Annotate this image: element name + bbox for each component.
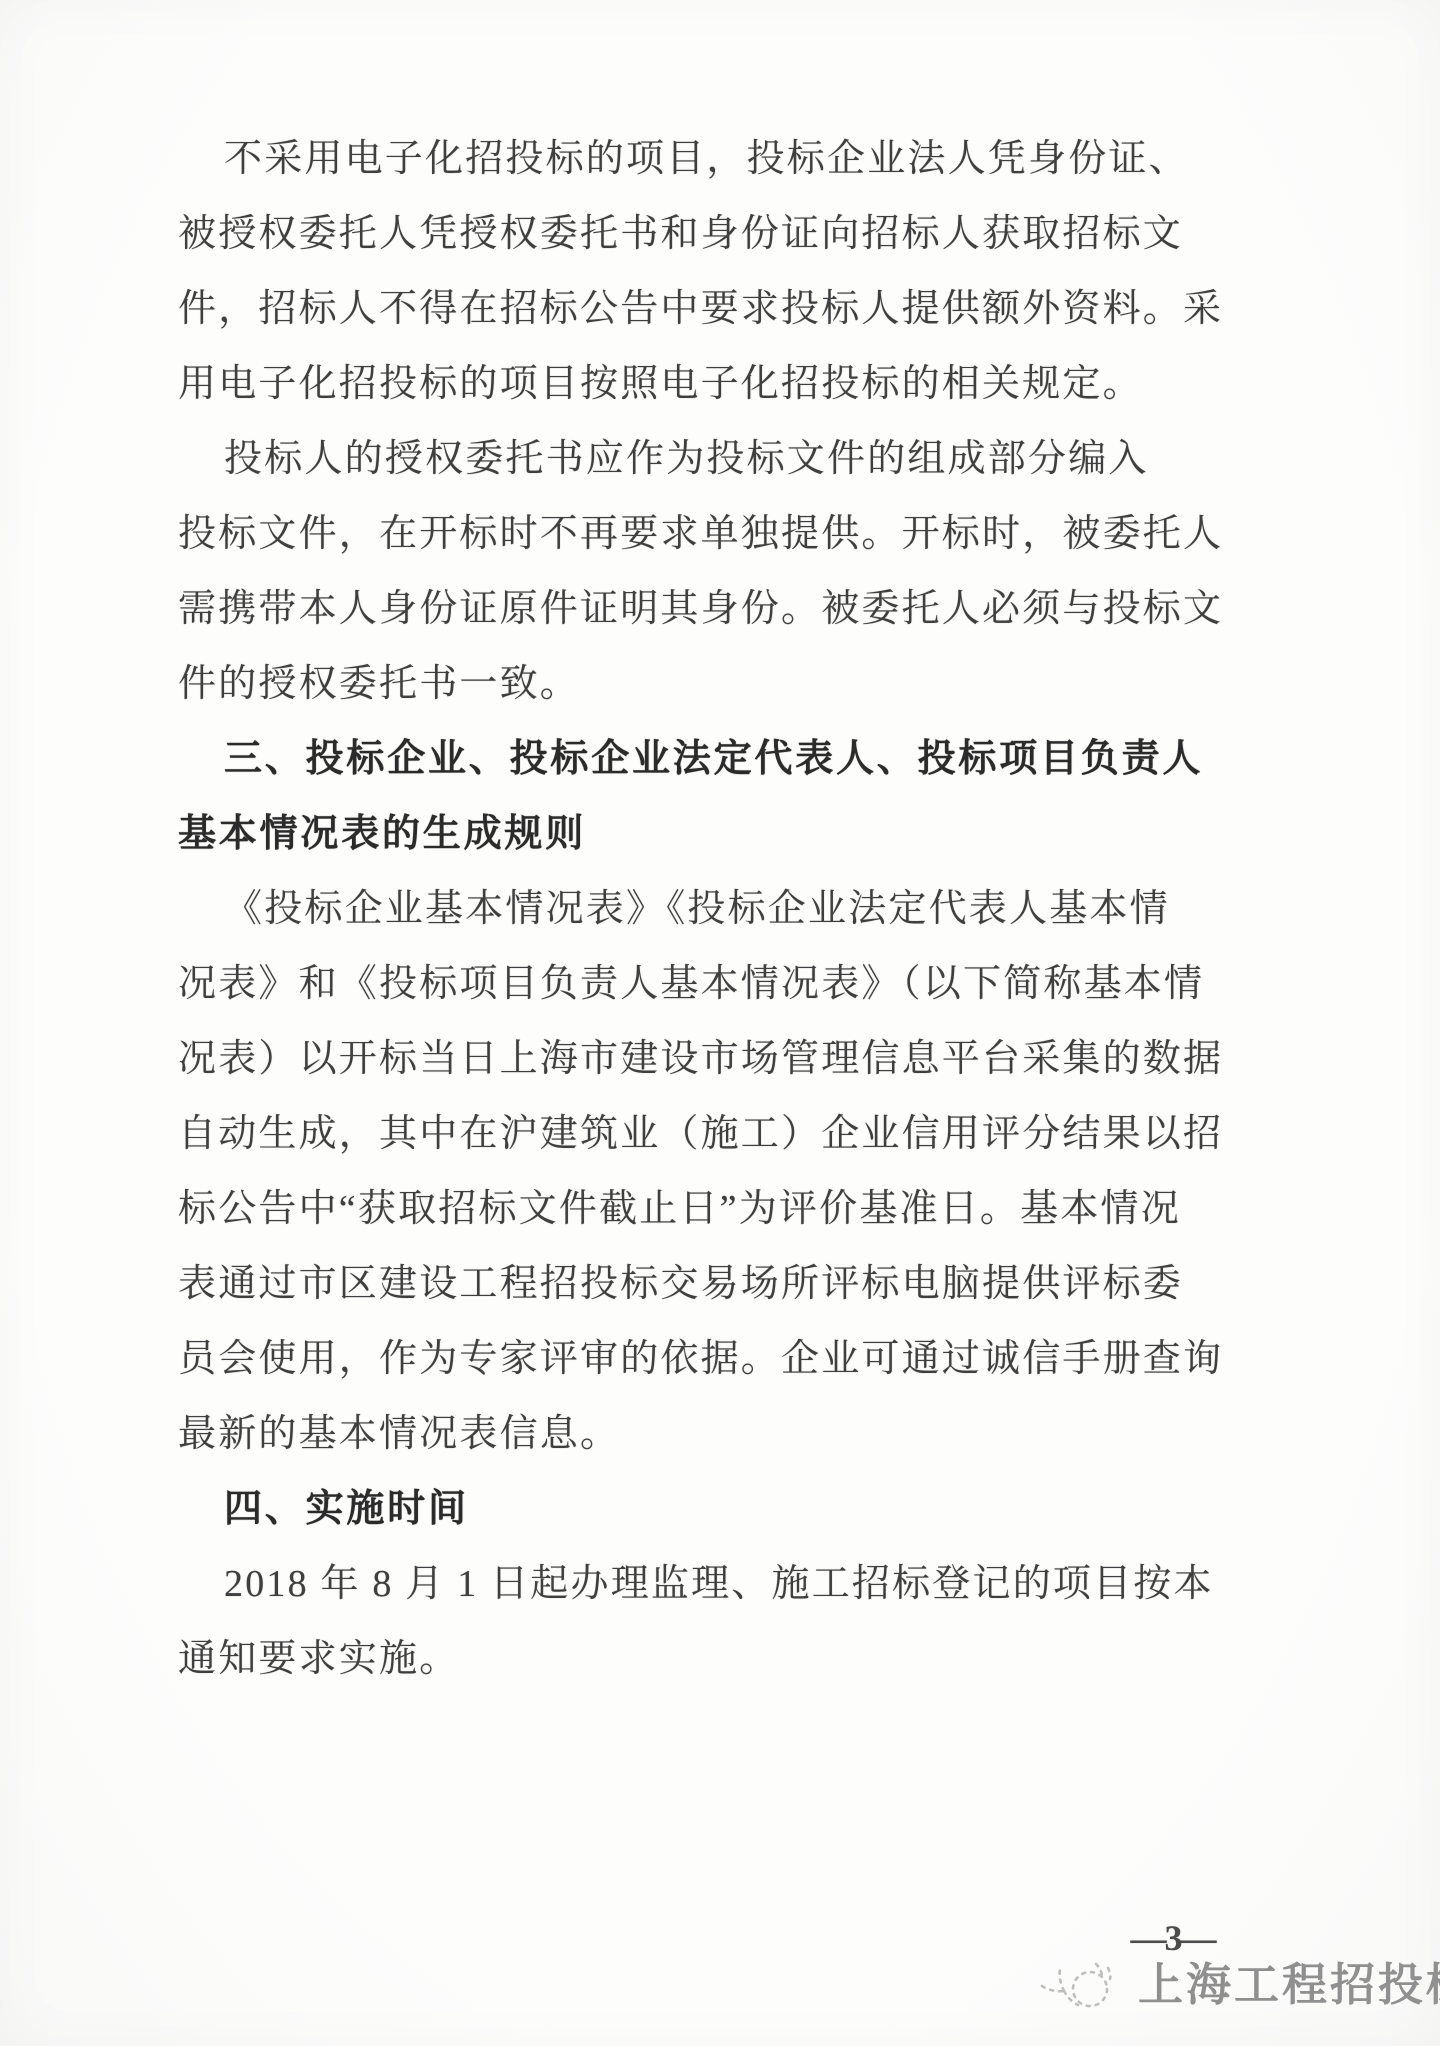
text-line: 2018 年 8 月 1 日起办理监理、施工招标登记的项目按本 bbox=[178, 1547, 1198, 1622]
text-line: 四、实施时间 bbox=[178, 1472, 1198, 1547]
text-line: 投标文件，在开标时不再要求单独提供。开标时，被委托人 bbox=[178, 497, 1198, 572]
text-line: 表通过市区建设工程招投标交易场所评标电脑提供评标委 bbox=[178, 1247, 1198, 1322]
text-line: 自动生成，其中在沪建筑业（施工）企业信用评分结果以招 bbox=[178, 1097, 1198, 1172]
text-line: 件，招标人不得在招标公告中要求投标人提供额外资料。采 bbox=[178, 272, 1198, 347]
text-line: 标公告中“获取招标文件截止日”为评价基准日。基本情况 bbox=[178, 1172, 1198, 1247]
text-line: 况表》和《投标项目负责人基本情况表》（以下简称基本情 bbox=[178, 947, 1198, 1022]
text-line: 通知要求实施。 bbox=[178, 1622, 1198, 1697]
page-number: —3— bbox=[1085, 1916, 1260, 1960]
text-line: 不采用电子化招投标的项目，投标企业法人凭身份证、 bbox=[178, 122, 1198, 197]
text-line: 员会使用，作为专家评审的依据。企业可通过诚信手册查询 bbox=[178, 1322, 1198, 1397]
watermark: 上海工程招投标 bbox=[1038, 1956, 1440, 2014]
text-line: 况表）以开标当日上海市建设市场管理信息平台采集的数据 bbox=[178, 1022, 1198, 1097]
sketch-bird-logo-icon bbox=[1038, 1956, 1124, 2014]
text-line: 基本情况表的生成规则 bbox=[178, 797, 1198, 872]
text-line: 最新的基本情况表信息。 bbox=[178, 1397, 1198, 1472]
text-line: 《投标企业基本情况表》《投标企业法定代表人基本情 bbox=[178, 872, 1198, 947]
text-line: 件的授权委托书一致。 bbox=[178, 647, 1198, 722]
text-line: 投标人的授权委托书应作为投标文件的组成部分编入 bbox=[178, 422, 1198, 497]
text-line: 被授权委托人凭授权委托书和身份证向招标人获取招标文 bbox=[178, 197, 1198, 272]
watermark-text: 上海工程招投标 bbox=[1138, 1956, 1440, 2014]
document-text-body: 不采用电子化招投标的项目，投标企业法人凭身份证、被授权委托人凭授权委托书和身份证… bbox=[178, 122, 1198, 1697]
text-line: 用电子化招投标的项目按照电子化招投标的相关规定。 bbox=[178, 347, 1198, 422]
text-line: 需携带本人身份证原件证明其身份。被委托人必须与投标文 bbox=[178, 572, 1198, 647]
text-line: 三、投标企业、投标企业法定代表人、投标项目负责人 bbox=[178, 722, 1198, 797]
scanned-document-page: 不采用电子化招投标的项目，投标企业法人凭身份证、被授权委托人凭授权委托书和身份证… bbox=[0, 0, 1440, 2046]
